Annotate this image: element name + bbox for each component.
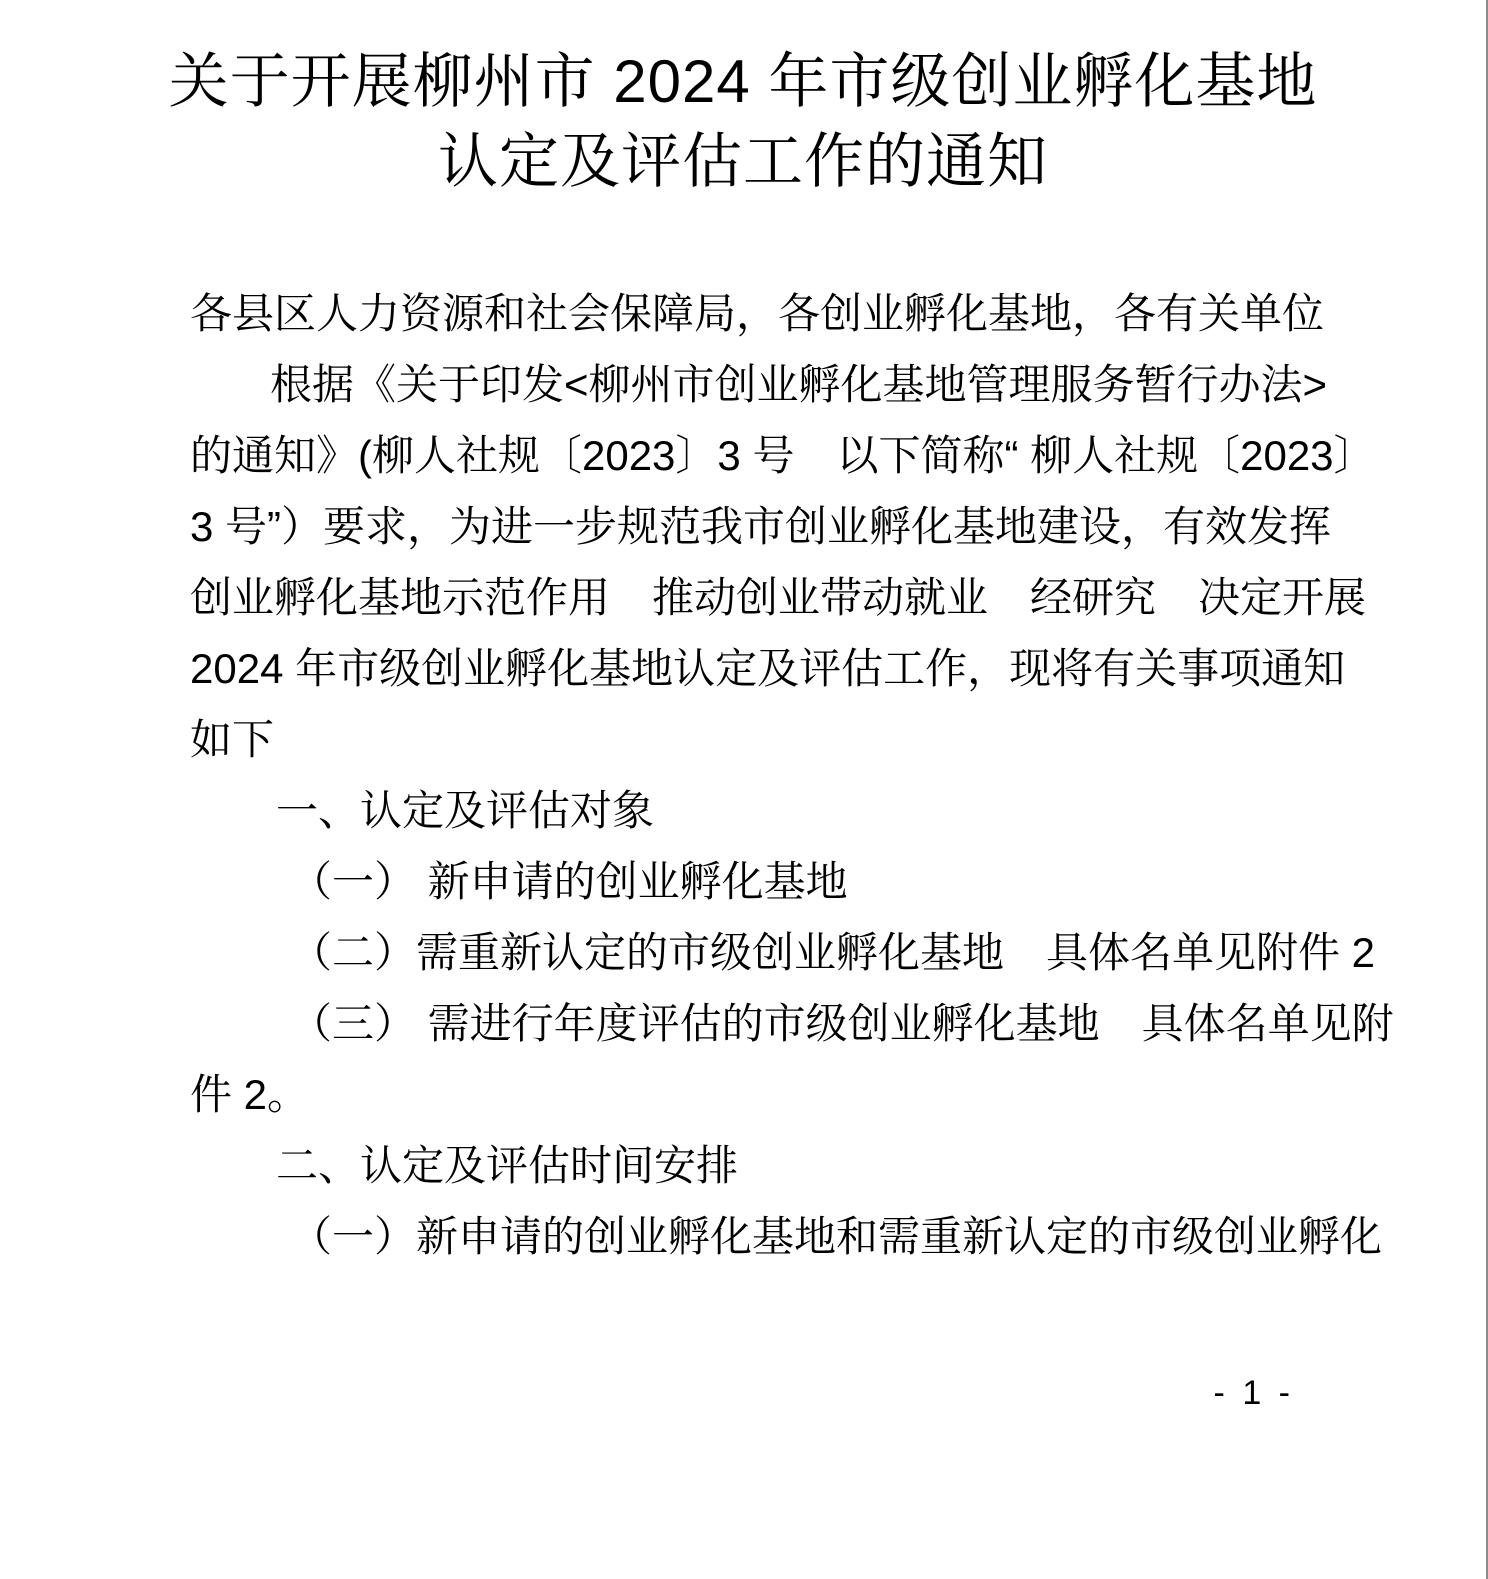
intro-line-6: 如下: [190, 704, 1306, 775]
section-1-heading: 一、认定及评估对象: [190, 775, 1306, 846]
page-title-line-1: 关于开展柳州市 2024 年市级创业孵化基地: [0, 42, 1486, 122]
intro-line-3: 3 号”）要求，为进一步规范我市创业孵化基地建设，有效发挥: [190, 491, 1306, 562]
section-1-item-1: （一） 新申请的创业孵化基地: [190, 846, 1306, 917]
intro-line-1: 根据《关于印发<柳州市创业孵化基地管理服务暂行办法>: [190, 349, 1306, 420]
section-2-heading: 二、认定及评估时间安排: [190, 1130, 1306, 1201]
intro-line-5: 2024 年市级创业孵化基地认定及评估工作，现将有关事项通知: [190, 633, 1306, 704]
page-number: - 1 -: [1214, 1374, 1294, 1413]
document-body: 各县区人力资源和社会保障局，各创业孵化基地，各有关单位 根据《关于印发<柳州市创…: [0, 278, 1486, 1272]
intro-line-4: 创业孵化基地示范作用 推动创业带动就业 经研究 决定开展: [190, 562, 1306, 633]
section-1-item-3: （三） 需进行年度评估的市级创业孵化基地 具体名单见附: [190, 988, 1306, 1059]
section-1-item-3-continuation: 件 2。: [190, 1059, 1306, 1130]
section-2-item-1: （一）新申请的创业孵化基地和需重新认定的市级创业孵化: [190, 1201, 1306, 1272]
document-title: 关于开展柳州市 2024 年市级创业孵化基地 认定及评估工作的通知: [0, 0, 1486, 202]
intro-line-2: 的通知》(柳人社规〔2023〕3 号 以下简称“ 柳人社规〔2023〕: [190, 420, 1306, 491]
section-1-item-2: （二）需重新认定的市级创业孵化基地 具体名单见附件 2: [190, 917, 1306, 988]
salutation-line: 各县区人力资源和社会保障局，各创业孵化基地，各有关单位: [190, 278, 1306, 349]
page-title-line-2: 认定及评估工作的通知: [0, 122, 1486, 202]
document-page: 关于开展柳州市 2024 年市级创业孵化基地 认定及评估工作的通知 各县区人力资…: [0, 0, 1488, 1579]
